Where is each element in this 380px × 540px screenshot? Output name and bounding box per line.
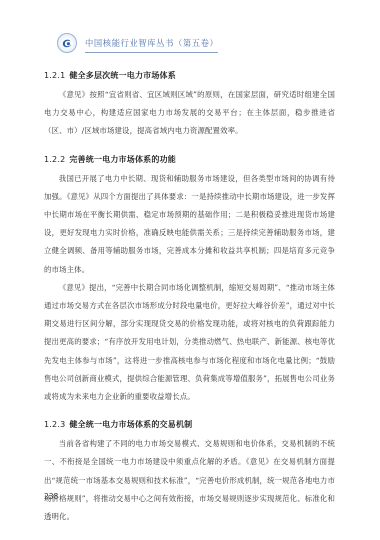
paragraph: 我国已开展了电力中长期、现货和辅助服务市场建设，但各类型市场间的协调有待加强。《…	[44, 170, 335, 279]
paragraph: 当前各省构建了不同的电力市场交易模式、交易规则和电价体系，交易机制的不统一、不衔…	[44, 435, 335, 526]
section-number: 1.2.2	[44, 155, 65, 164]
section-title: 健全统一电力市场体系的交易机制	[69, 420, 192, 429]
section-number: 1.2.3	[44, 420, 65, 429]
section-title: 完善统一电力市场体系的功能	[69, 155, 176, 164]
paragraph: 《意见》提出，“完善中长期合同市场化调整机制，缩短交易周期”、“推动市场主体通过…	[44, 279, 335, 406]
running-header: 中国核能行业智库丛书（第五卷）	[57, 33, 218, 53]
section-heading-1-2-1: 1.2.1健全多层次统一电力市场体系	[44, 70, 335, 82]
page-number: 238	[44, 492, 58, 501]
section-title: 健全多层次统一电力市场体系	[69, 71, 176, 80]
page-body: 1.2.1健全多层次统一电力市场体系 《意见》按照“宜省则省、宜区域则区域”的原…	[44, 70, 335, 526]
cnea-logo-icon	[57, 33, 77, 53]
section-heading-1-2-3: 1.2.3健全统一电力市场体系的交易机制	[44, 419, 335, 431]
section-heading-1-2-2: 1.2.2完善统一电力市场体系的功能	[44, 154, 335, 166]
section-number: 1.2.1	[44, 71, 65, 80]
book-series-title: 中国核能行业智库丛书（第五卷）	[85, 37, 218, 53]
paragraph: 《意见》按照“宜省则省、宜区域则区域”的原则，在国家层面，研究适时组建全国电力交…	[44, 86, 335, 141]
